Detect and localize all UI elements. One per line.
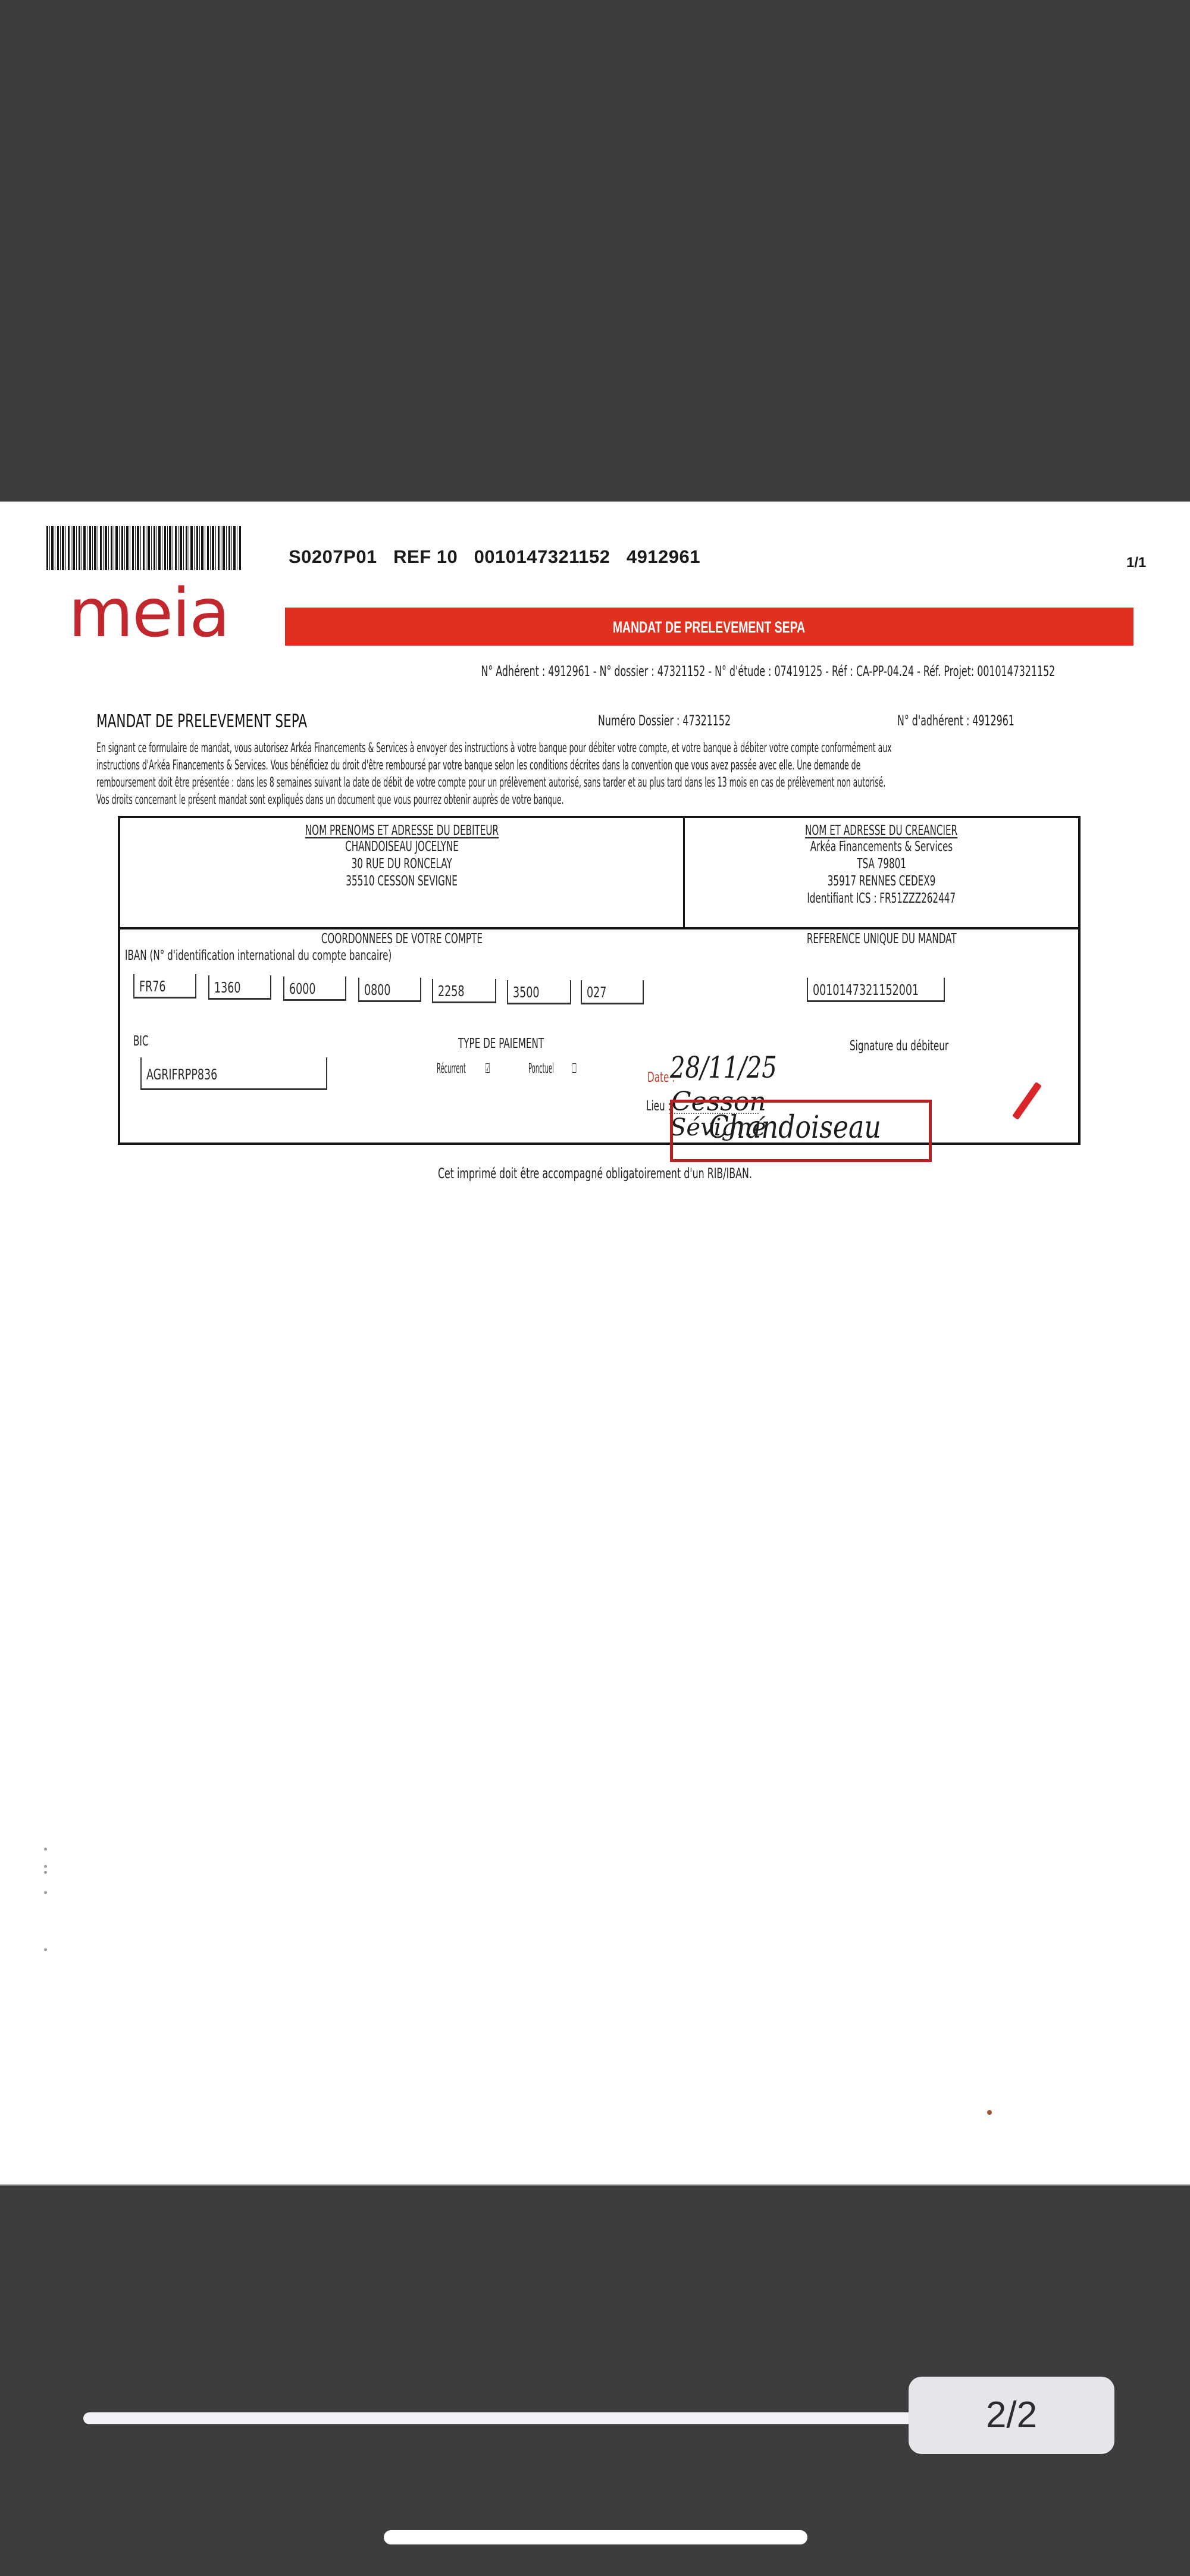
banner-title: MANDAT DE PRELEVEMENT SEPA	[613, 618, 805, 637]
iban-group-7: 027	[581, 980, 644, 1004]
recurrent-checkbox[interactable]: ☑	[485, 1065, 490, 1073]
member-number: N° d'adhérent : 4912961	[897, 712, 1075, 729]
debtor-block: NOM PRENOMS ET ADRESSE DU DEBITEUR CHAND…	[120, 823, 683, 890]
account-heading: COORDONNEES DE VOTRE COMPTE	[120, 931, 683, 947]
creditor-tsa: TSA 79801	[857, 856, 906, 873]
home-indicator[interactable]	[384, 2530, 807, 2544]
payment-option-recurrent[interactable]: Récurrent ☑	[437, 1061, 494, 1076]
iban-group-3: 6000	[283, 976, 346, 1001]
debtor-city: 35510 CESSON SEVIGNE	[346, 873, 458, 890]
page-indicator[interactable]: 2/2	[909, 2377, 1114, 2454]
title-banner: MANDAT DE PRELEVEMENT SEPA	[285, 608, 1133, 646]
scan-speck	[44, 1865, 47, 1868]
debtor-name: CHANDOISEAU JOCELYNE	[345, 838, 459, 856]
iban-group-1: FR76	[133, 974, 196, 999]
iban-label: IBAN (N° d'identification international …	[125, 948, 529, 963]
signature-label: Signature du débiteur	[850, 1038, 1000, 1054]
signature-value: Chandoiseau	[709, 1110, 881, 1145]
payment-type-heading: TYPE DE PAIEMENT	[458, 1036, 588, 1051]
mandate-ref-heading: REFERENCE UNIQUE DU MANDAT	[685, 931, 1078, 947]
creditor-name: Arkéa Financements & Services	[810, 838, 953, 856]
creditor-block: NOM ET ADRESSE DU CREANCIER Arkéa Financ…	[685, 823, 1078, 907]
dossier-number: Numéro Dossier : 47321152	[598, 712, 799, 729]
scan-speck	[44, 1891, 47, 1894]
mandate-ref-box: 0010147321152001	[807, 978, 945, 1002]
mandate-table: NOM PRENOMS ET ADRESSE DU DEBITEUR CHAND…	[118, 816, 1081, 1145]
mandate-paragraph: En signant ce formulaire de mandat, vous…	[96, 740, 1102, 809]
ponctuel-checkbox[interactable]: ☐	[572, 1065, 577, 1073]
bic-label: BIC	[133, 1034, 156, 1049]
account-heading-wrap: COORDONNEES DE VOTRE COMPTE	[120, 931, 683, 947]
form-title: MANDAT DE PRELEVEMENT SEPA	[96, 711, 389, 732]
identifiers-line: N° Adhérent : 4912961 - N° dossier : 473…	[333, 663, 1083, 680]
footnote: Cet imprimé doit être accompagné obligat…	[238, 1165, 952, 1182]
scan-speck	[987, 2110, 992, 2115]
iban-group-2: 1360	[208, 975, 271, 1000]
iban-group-5: 2258	[432, 979, 496, 1003]
document-page-count: 1/1	[1126, 555, 1146, 571]
iban-group-4: 0800	[358, 978, 421, 1002]
row-divider	[120, 927, 1078, 929]
creditor-heading: NOM ET ADRESSE DU CREANCIER	[685, 823, 1078, 838]
scan-speck	[44, 1848, 47, 1851]
header-reference: S0207P01 REF 10 0010147321152 4912961	[289, 546, 700, 568]
bic-box: AGRIFRPP836	[140, 1057, 327, 1090]
creditor-ics: Identifiant ICS : FR51ZZZ262447	[807, 890, 956, 907]
debtor-heading: NOM PRENOMS ET ADRESSE DU DEBITEUR	[120, 823, 683, 838]
meia-logo: meia	[68, 580, 229, 647]
debtor-street: 30 RUE DU RONCELAY	[351, 856, 452, 873]
scan-speck	[44, 1871, 47, 1874]
mandate-ref-heading-wrap: REFERENCE UNIQUE DU MANDAT	[685, 931, 1078, 947]
page-scrubber-track[interactable]	[83, 2412, 928, 2424]
iban-group-6: 3500	[507, 980, 571, 1004]
scan-speck	[44, 1948, 47, 1951]
payment-option-ponctuel[interactable]: Ponctuel ☐	[528, 1061, 581, 1076]
signature-box[interactable]: Chandoiseau	[670, 1100, 932, 1162]
date-value: 28/11/25	[670, 1050, 777, 1085]
barcode	[46, 526, 241, 570]
creditor-city: 35917 RENNES CEDEX9	[828, 873, 936, 890]
payment-type-options: Récurrent ☑ Ponctuel ☐	[437, 1061, 608, 1076]
